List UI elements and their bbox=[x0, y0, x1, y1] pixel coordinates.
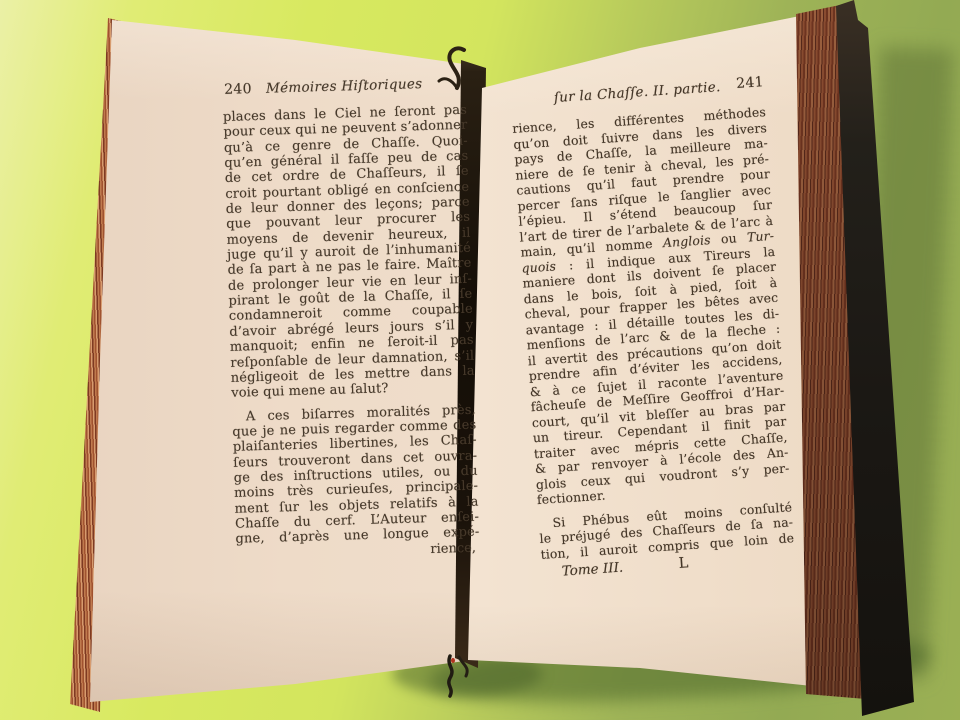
page-number-left: 240 bbox=[224, 81, 252, 98]
tome-label: Tome III. bbox=[561, 560, 623, 580]
right-page-text: ſur la Chaſſe. II. partie. 241 rience, l… bbox=[510, 76, 796, 583]
signature-mark: L bbox=[678, 555, 689, 572]
catchword: rience, bbox=[430, 540, 476, 556]
right-page-body: rience, les différentes méthodesqu’on do… bbox=[512, 104, 795, 562]
binding-thread-bottom bbox=[420, 654, 490, 700]
page-number-right: 241 bbox=[736, 74, 765, 92]
running-title-left: Mémoires Hiſtoriques bbox=[266, 76, 423, 97]
left-page-body: places dans le Ciel ne ſeront paspour ce… bbox=[223, 103, 480, 548]
left-page-text: 240 Mémoires Hiſtoriques places dans le … bbox=[222, 75, 480, 563]
red-edge-speck bbox=[451, 658, 455, 663]
photo-scene: 240 Mémoires Hiſtoriques places dans le … bbox=[0, 0, 960, 720]
